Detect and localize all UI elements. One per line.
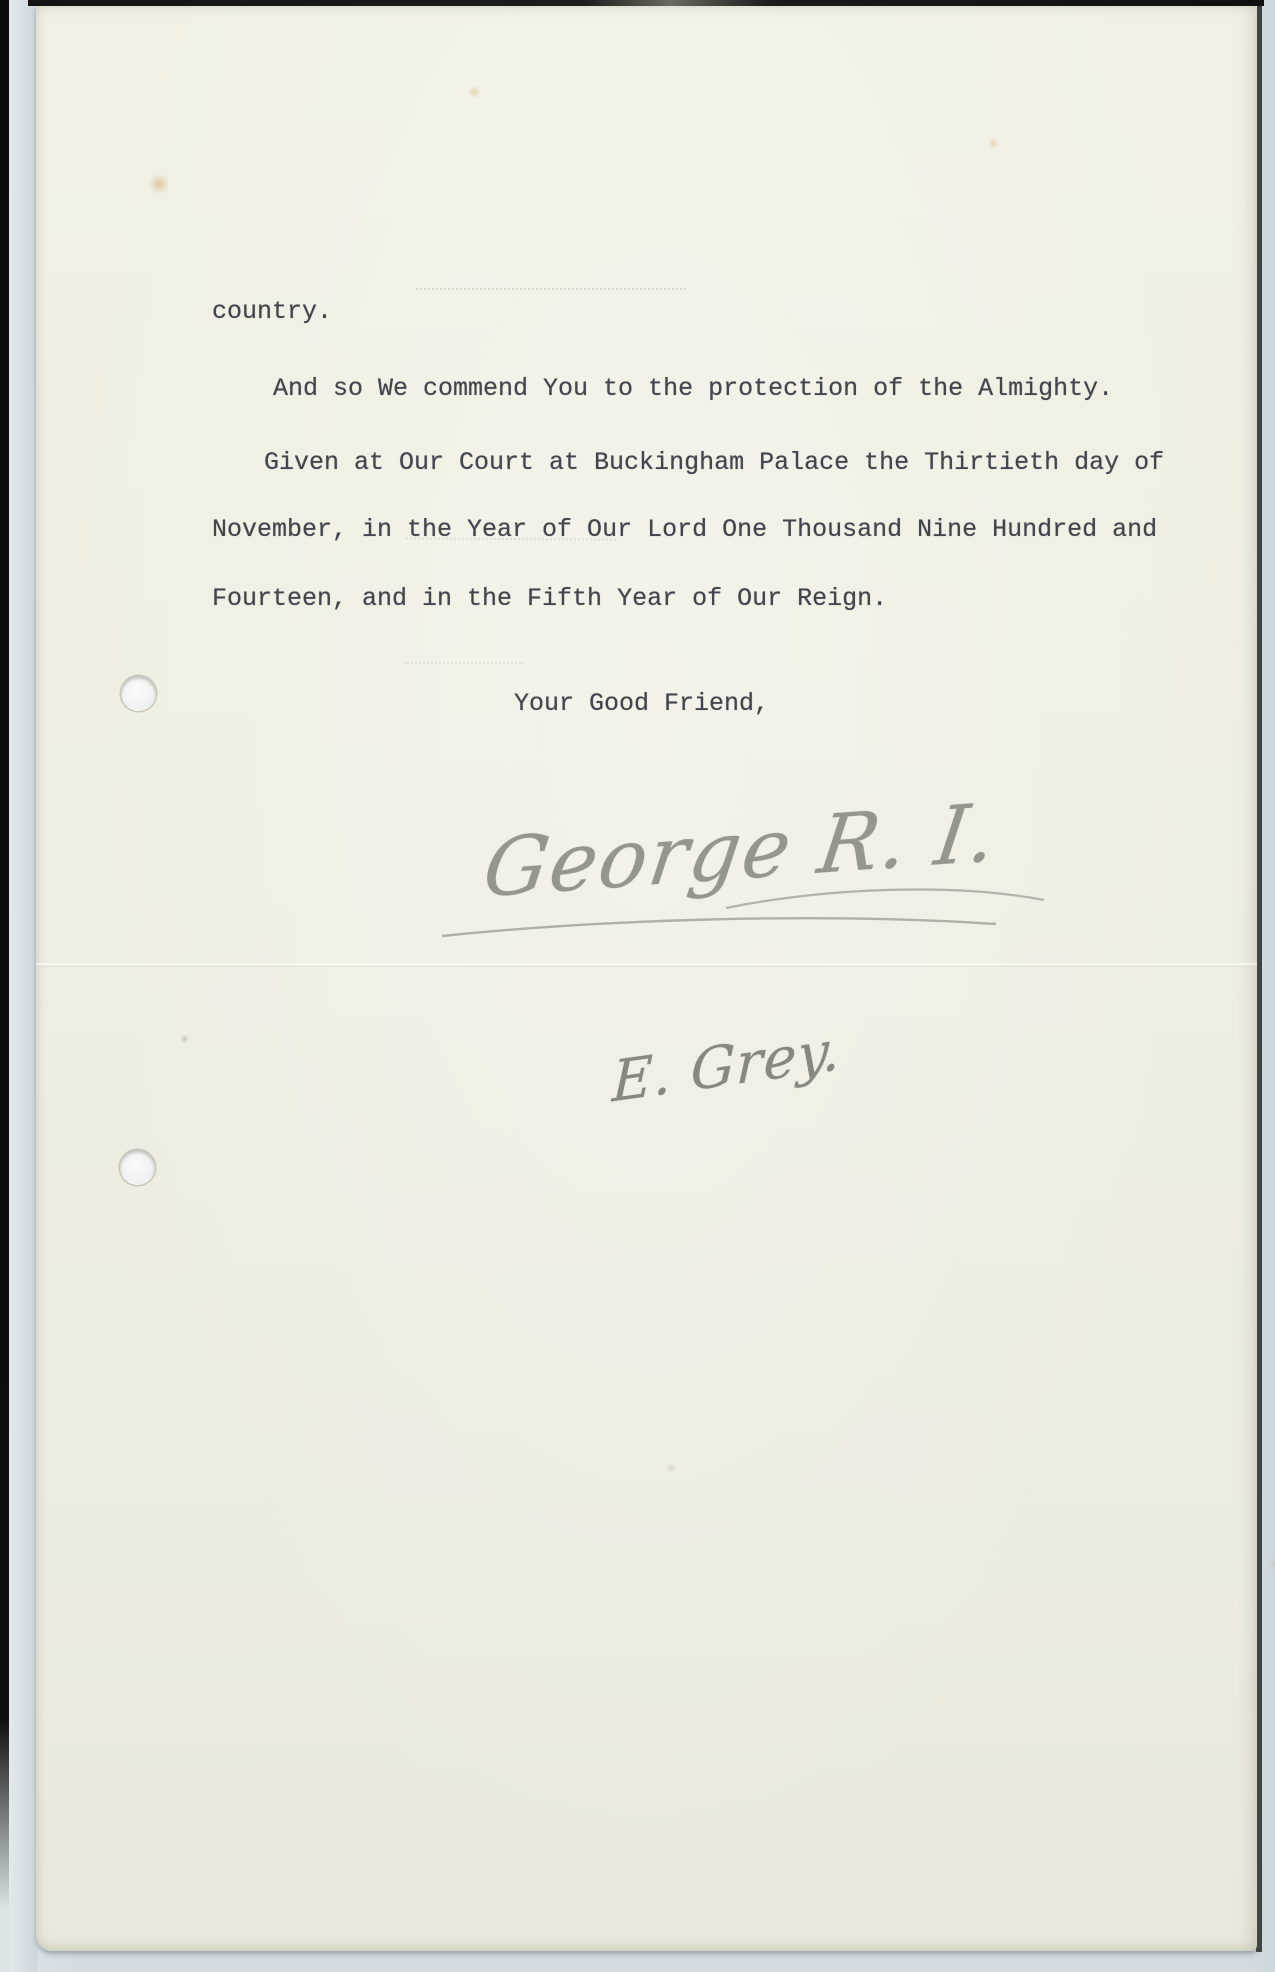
age-spot [148, 174, 170, 194]
letter-page: country. And so We commend You to the pr… [36, 6, 1257, 1951]
punch-hole-top [121, 676, 156, 711]
age-spot [988, 138, 999, 149]
ink-ghost-impression [404, 662, 524, 667]
ink-ghost-impression [416, 288, 686, 293]
signature-flourish [396, 874, 1056, 950]
smudge-mark [664, 1464, 678, 1472]
letter-line: November, in the Year of Our Lord One Th… [212, 517, 1157, 543]
scanner-backing-left [9, 0, 37, 1972]
countersignature: E. Grey. [611, 1017, 842, 1115]
age-spot [468, 86, 481, 98]
letter-line: Fourteen, and in the Fifth Year of Our R… [212, 586, 887, 612]
letter-line: And so We commend You to the protection … [273, 376, 1113, 402]
age-spot [1270, 1558, 1275, 1570]
closing-line: Your Good Friend, [514, 691, 769, 717]
fold-crease [36, 963, 1257, 967]
scanner-edge-left [0, 0, 9, 1910]
letter-line: country. [212, 299, 332, 325]
scanned-page: country. And so We commend You to the pr… [0, 0, 1275, 1972]
letter-line: Given at Our Court at Buckingham Palace … [264, 450, 1164, 476]
pencil-mark [180, 1034, 189, 1044]
punch-hole-bottom [120, 1150, 155, 1185]
